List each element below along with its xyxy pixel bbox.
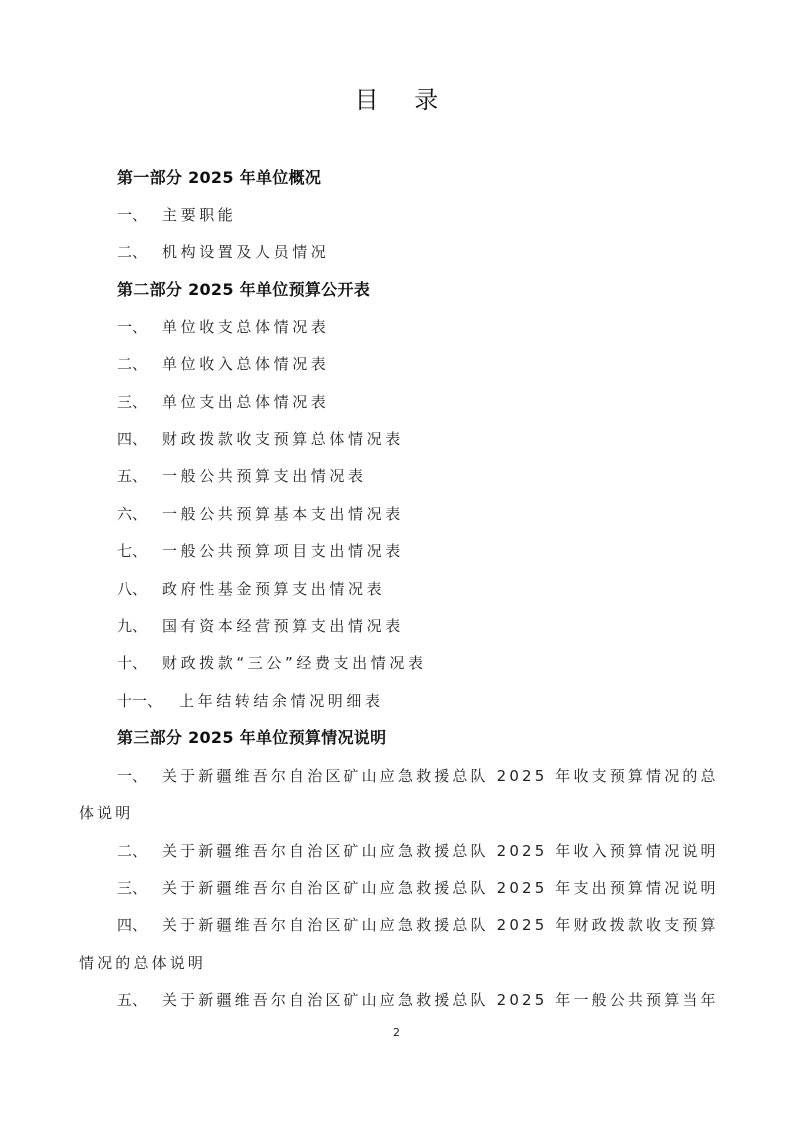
toc-item-number: 四、 bbox=[117, 426, 162, 452]
toc-item[interactable]: 七、一般公共预算项目支出情况表 bbox=[117, 538, 404, 564]
toc-item[interactable]: 六、一般公共预算基本支出情况表 bbox=[117, 501, 404, 527]
toc-item-number: 一、 bbox=[117, 763, 162, 789]
toc-item-number: 十一、 bbox=[117, 688, 179, 714]
document-page: 目 录 第一部分 2025 年单位概况 一、主要职能 二、机构设置及人员情况 第… bbox=[0, 0, 793, 1122]
toc-item-number: 二、 bbox=[117, 239, 162, 265]
toc-item-label: 上年结转结余情况明细表 bbox=[179, 692, 384, 710]
toc-item-label: 关于新疆维吾尔自治区矿山应急救援总队 2025 年财政拨款收支预算 bbox=[162, 916, 719, 934]
toc-item-label: 关于新疆维吾尔自治区矿山应急救援总队 2025 年收支预算情况的总 bbox=[162, 767, 719, 785]
toc-item[interactable]: 二、单位收入总体情况表 bbox=[117, 351, 329, 377]
toc-item-number: 三、 bbox=[117, 389, 162, 415]
toc-item[interactable]: 五、关于新疆维吾尔自治区矿山应急救援总队 2025 年一般公共预算当年 bbox=[117, 987, 719, 1013]
toc-item[interactable]: 三、单位支出总体情况表 bbox=[117, 389, 329, 415]
page-title: 目 录 bbox=[0, 80, 793, 115]
page-number: 2 bbox=[0, 1026, 793, 1039]
toc-item-label: 机构设置及人员情况 bbox=[162, 243, 329, 261]
toc-heading-part3[interactable]: 第三部分 2025 年单位预算情况说明 bbox=[117, 725, 386, 751]
toc-item[interactable]: 四、关于新疆维吾尔自治区矿山应急救援总队 2025 年财政拨款收支预算 bbox=[117, 912, 719, 938]
toc-item-label: 关于新疆维吾尔自治区矿山应急救援总队 2025 年收入预算情况说明 bbox=[162, 842, 719, 860]
toc-item-label: 关于新疆维吾尔自治区矿山应急救援总队 2025 年支出预算情况说明 bbox=[162, 879, 719, 897]
toc-item-number: 六、 bbox=[117, 501, 162, 527]
toc-item[interactable]: 四、财政拨款收支预算总体情况表 bbox=[117, 426, 404, 452]
toc-item-number: 五、 bbox=[117, 987, 162, 1013]
toc-item-continuation[interactable]: 情况的总体说明 bbox=[79, 950, 206, 976]
toc-item[interactable]: 十、财政拨款“三公”经费支出情况表 bbox=[117, 650, 427, 676]
toc-item-label: 关于新疆维吾尔自治区矿山应急救援总队 2025 年一般公共预算当年 bbox=[162, 991, 719, 1009]
toc-item-label: 主要职能 bbox=[162, 206, 236, 224]
toc-item[interactable]: 五、一般公共预算支出情况表 bbox=[117, 463, 367, 489]
toc-item-number: 一、 bbox=[117, 314, 162, 340]
toc-item-label: 国有资本经营预算支出情况表 bbox=[162, 617, 404, 635]
toc-item-number: 九、 bbox=[117, 613, 162, 639]
toc-item-label: 单位收入总体情况表 bbox=[162, 355, 329, 373]
toc-item-label: 一般公共预算基本支出情况表 bbox=[162, 505, 404, 523]
toc-item[interactable]: 一、单位收支总体情况表 bbox=[117, 314, 329, 340]
toc-item-number: 十、 bbox=[117, 650, 162, 676]
toc-item-label: 政府性基金预算支出情况表 bbox=[162, 580, 385, 598]
toc-item-number: 二、 bbox=[117, 351, 162, 377]
toc-item[interactable]: 二、关于新疆维吾尔自治区矿山应急救援总队 2025 年收入预算情况说明 bbox=[117, 838, 719, 864]
toc-item-continuation[interactable]: 体说明 bbox=[79, 800, 133, 826]
toc-item[interactable]: 一、主要职能 bbox=[117, 202, 236, 228]
toc-item-number: 八、 bbox=[117, 576, 162, 602]
toc-item[interactable]: 八、政府性基金预算支出情况表 bbox=[117, 576, 385, 602]
toc-item-number: 三、 bbox=[117, 875, 162, 901]
toc-item-label: 财政拨款“三公”经费支出情况表 bbox=[162, 654, 427, 672]
toc-item-number: 七、 bbox=[117, 538, 162, 564]
toc-item[interactable]: 三、关于新疆维吾尔自治区矿山应急救援总队 2025 年支出预算情况说明 bbox=[117, 875, 719, 901]
toc-heading-part1[interactable]: 第一部分 2025 年单位概况 bbox=[117, 165, 321, 191]
toc-item-number: 五、 bbox=[117, 463, 162, 489]
toc-item-number: 四、 bbox=[117, 912, 162, 938]
toc-item[interactable]: 九、国有资本经营预算支出情况表 bbox=[117, 613, 404, 639]
toc-item[interactable]: 二、机构设置及人员情况 bbox=[117, 239, 329, 265]
toc-item-label: 一般公共预算项目支出情况表 bbox=[162, 542, 404, 560]
toc-item-label: 单位支出总体情况表 bbox=[162, 393, 329, 411]
toc-item[interactable]: 十一、上年结转结余情况明细表 bbox=[117, 688, 384, 714]
toc-item-label: 一般公共预算支出情况表 bbox=[162, 467, 367, 485]
toc-item-number: 二、 bbox=[117, 838, 162, 864]
toc-item[interactable]: 一、关于新疆维吾尔自治区矿山应急救援总队 2025 年收支预算情况的总 bbox=[117, 763, 719, 789]
toc-item-label: 单位收支总体情况表 bbox=[162, 318, 329, 336]
toc-item-number: 一、 bbox=[117, 202, 162, 228]
toc-heading-part2[interactable]: 第二部分 2025 年单位预算公开表 bbox=[117, 277, 370, 303]
toc-item-label: 财政拨款收支预算总体情况表 bbox=[162, 430, 404, 448]
